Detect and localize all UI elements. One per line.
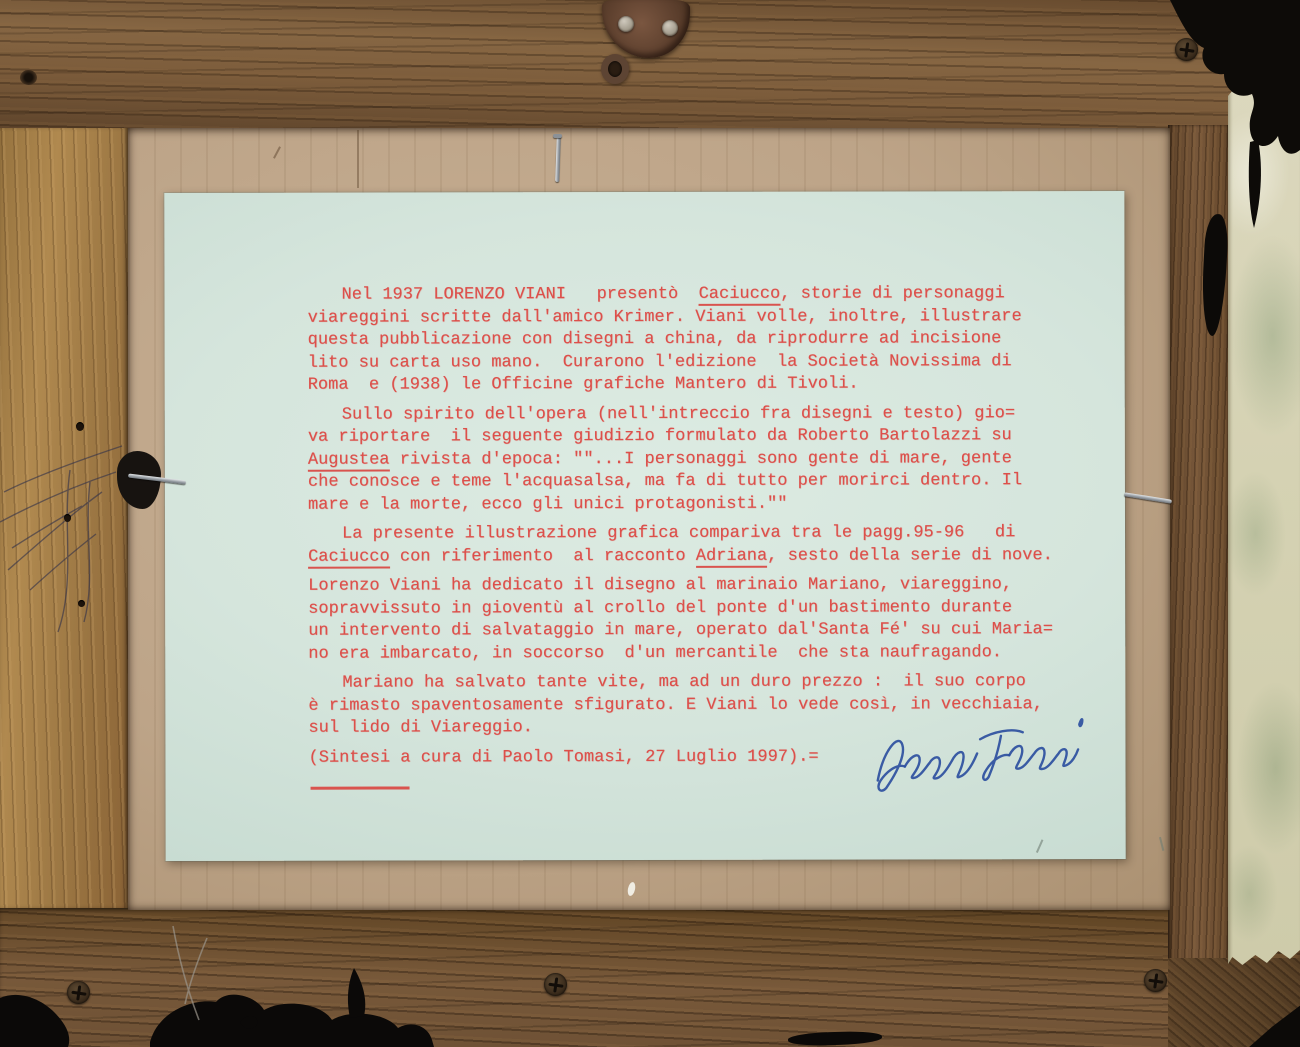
text-segment: (Sintesi a cura di Paolo Tomasi, 27 Lugl… bbox=[308, 747, 818, 767]
screw-slot bbox=[1184, 42, 1189, 57]
wood-knot bbox=[20, 70, 37, 85]
underlined-word: Augustea bbox=[308, 450, 390, 471]
text-segment: Sullo spirito dell'opera (nell'intreccio… bbox=[342, 404, 1015, 424]
screw-top-right bbox=[1175, 38, 1198, 61]
text-line: Nel 1937 LORENZO VIANI presentò Caciucco… bbox=[307, 283, 1087, 307]
text-segment: Roma e (1938) le Officine grafiche Mante… bbox=[308, 375, 859, 395]
wood-hole bbox=[78, 600, 85, 607]
text-segment: un intervento di salvataggio in mare, op… bbox=[308, 620, 1053, 641]
text-segment: viareggini scritte dall'amico Krimer. Vi… bbox=[308, 307, 1022, 327]
text-line: La presente illustrazione grafica compar… bbox=[308, 522, 1088, 546]
text-line: Mariano ha salvato tante vite, ma ad un … bbox=[308, 671, 1088, 695]
paragraph: La presente illustrazione grafica compar… bbox=[308, 522, 1088, 569]
text-line: Roma e (1938) le Officine grafiche Mante… bbox=[308, 373, 1088, 397]
screw-bottom-right bbox=[1144, 969, 1167, 992]
text-line: questa pubblicazione con disegni a china… bbox=[308, 328, 1088, 352]
text-line: sopravvissuto in gioventù al crollo del … bbox=[308, 597, 1088, 621]
text-segment: che conosce e teme l'acquasalsa, ma fa d… bbox=[308, 471, 1022, 491]
text-segment: va riportare il seguente giudizio formul… bbox=[308, 426, 1012, 446]
text-line: Lorenzo Viani ha dedicato il disegno al … bbox=[308, 574, 1088, 598]
paragraph: Sullo spirito dell'opera (nell'intreccio… bbox=[308, 403, 1088, 517]
wood-hole bbox=[64, 514, 71, 522]
text-segment: con riferimento al racconto bbox=[390, 546, 696, 566]
text-segment: Mariano ha salvato tante vite, ma ad un … bbox=[342, 672, 1026, 692]
screw-bottom-left bbox=[67, 981, 90, 1004]
screw-slot bbox=[76, 985, 81, 1000]
underlined-word: Adriana bbox=[696, 546, 767, 567]
torn-tape-strip bbox=[1228, 66, 1300, 966]
red-underline-rule bbox=[311, 786, 410, 789]
screw-bottom-center bbox=[544, 973, 567, 996]
wood-hole bbox=[76, 422, 84, 431]
hanger-screw bbox=[618, 16, 634, 32]
wood-frame-bottom-rail bbox=[0, 908, 1300, 1047]
text-segment: sul lido di Viareggio. bbox=[308, 718, 532, 737]
rusty-ring-nut bbox=[601, 54, 629, 84]
text-line: viareggini scritte dall'amico Krimer. Vi… bbox=[308, 306, 1088, 330]
text-line: Sullo spirito dell'opera (nell'intreccio… bbox=[308, 403, 1088, 427]
text-segment: lito su carta uso mano. Curarono l'edizi… bbox=[308, 352, 1012, 372]
handwritten-signature bbox=[859, 700, 1095, 804]
text-segment: Nel 1937 LORENZO VIANI presentò bbox=[341, 285, 698, 305]
paper-tear bbox=[1036, 839, 1043, 853]
text-segment: questa pubblicazione con disegni a china… bbox=[308, 329, 1002, 349]
text-line: va riportare il seguente giudizio formul… bbox=[308, 425, 1088, 449]
photo-back-of-framed-artwork: Nel 1937 LORENZO VIANI presentò Caciucco… bbox=[0, 0, 1300, 1047]
paragraph: Lorenzo Viani ha dedicato il disegno al … bbox=[308, 574, 1088, 666]
text-segment: , storie di personaggi bbox=[780, 284, 1004, 303]
text-segment: no era imbarcato, in soccorso d'un merca… bbox=[308, 643, 1002, 663]
text-line: lito su carta uso mano. Curarono l'edizi… bbox=[308, 351, 1088, 375]
text-line: che conosce e teme l'acquasalsa, ma fa d… bbox=[308, 470, 1088, 494]
text-segment: mare e la morte, ecco gli unici protagon… bbox=[308, 494, 788, 514]
nail-head bbox=[553, 134, 562, 138]
text-segment: La presente illustrazione grafica compar… bbox=[342, 523, 1015, 543]
text-line: Augustea rivista d'epoca: ""...I persona… bbox=[308, 448, 1088, 472]
screw-slot bbox=[1153, 973, 1158, 988]
text-line: Caciucco con riferimento al racconto Adr… bbox=[308, 545, 1088, 569]
paragraph: Nel 1937 LORENZO VIANI presentò Caciucco… bbox=[307, 283, 1087, 397]
underlined-word: Caciucco bbox=[308, 547, 390, 568]
text-line: un intervento di salvataggio in mare, op… bbox=[308, 619, 1088, 643]
screw-slot bbox=[553, 977, 558, 992]
hanger-screw bbox=[662, 20, 678, 36]
underlined-word: Caciucco bbox=[699, 285, 781, 306]
text-segment: sopravvissuto in gioventù al crollo del … bbox=[308, 598, 1012, 618]
text-segment: Lorenzo Viani ha dedicato il disegno al … bbox=[308, 575, 1012, 595]
text-line: no era imbarcato, in soccorso d'un merca… bbox=[308, 642, 1088, 666]
text-segment: rivista d'epoca: ""...I personaggi sono … bbox=[389, 449, 1011, 469]
text-segment: , sesto della serie di nove. bbox=[767, 546, 1053, 566]
text-line: mare e la morte, ecco gli unici protagon… bbox=[308, 493, 1088, 517]
cardboard-crease bbox=[357, 130, 359, 188]
